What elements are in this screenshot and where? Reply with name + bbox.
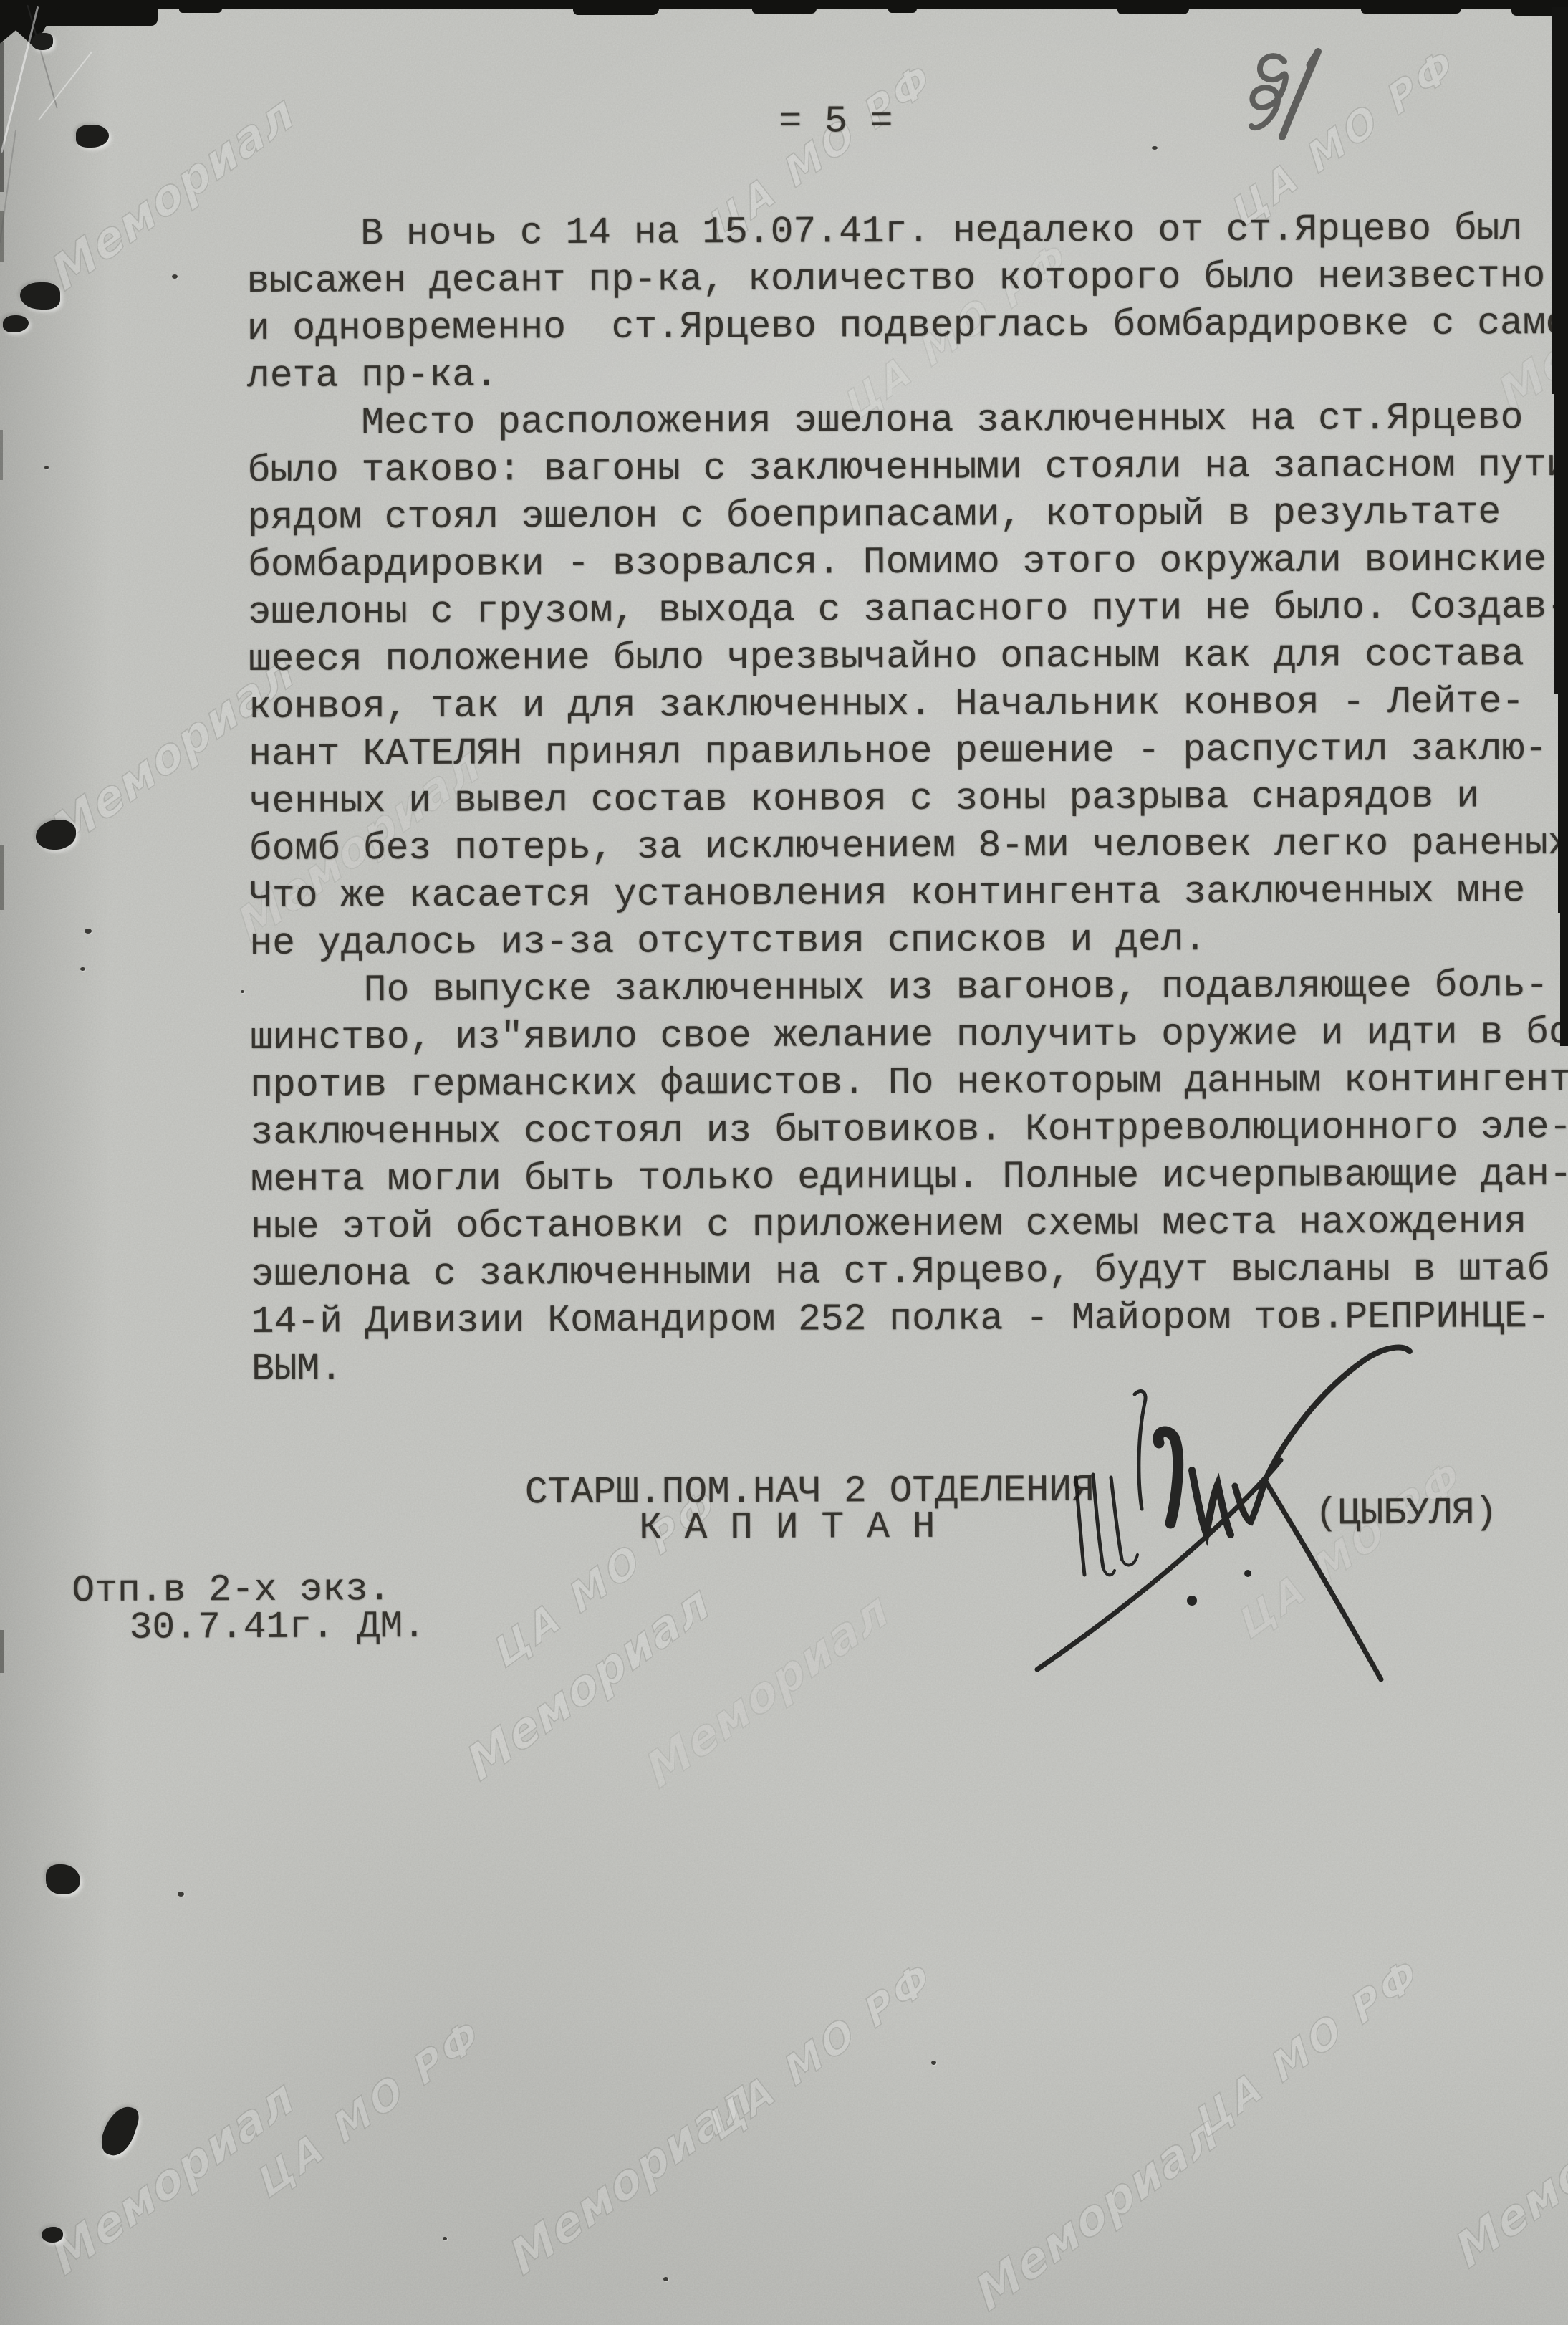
document-text-line: ные этой обстановки с приложением схемы … — [251, 1198, 1568, 1251]
paper-speck — [172, 274, 178, 279]
paper-speck — [1152, 146, 1158, 150]
paper-speck — [44, 466, 49, 469]
signature-rank-line: К А П И Т А Н — [639, 1503, 935, 1552]
document-text-line: Место расположения эшелона заключенных н… — [247, 394, 1568, 447]
document-text-line: По выпуске заключенных из вагонов, подав… — [250, 962, 1568, 1015]
document-text-line: против германских фашистов. По некоторым… — [250, 1056, 1568, 1109]
document-text-line: рядом стоял эшелон с боеприпасами, котор… — [248, 489, 1568, 542]
document-text-line: лета пр-ка. — [247, 347, 1568, 400]
document-text-line: бомб без потерь, за исключением 8-ми чел… — [249, 820, 1568, 873]
document-text-line: эшелоны с грузом, выхода с запасного пут… — [248, 583, 1568, 636]
document-text-line: эшелона с заключенными на ст.Ярцево, буд… — [251, 1245, 1568, 1298]
punch-hole — [20, 282, 60, 310]
document-text-line: бомбардировки - взорвался. Помимо этого … — [248, 536, 1568, 589]
paper-speck — [178, 1892, 184, 1897]
document-text-line: шееся положение было чрезвычайно опасным… — [249, 631, 1568, 684]
paper-speck — [80, 967, 85, 971]
document-body-text: В ночь с 14 на 15.07.41г. недалеко от ст… — [246, 205, 1568, 1393]
document-text-line: высажен десант пр-ка, количество которог… — [246, 252, 1568, 305]
paper-speck — [443, 2237, 447, 2240]
paper-speck — [663, 2277, 668, 2281]
typed-content-layer: = 5 = В ночь с 14 на 15.07.41г. недалеко… — [0, 0, 1568, 2325]
document-text-line: мента могли быть только единицы. Полные … — [251, 1151, 1568, 1204]
signature-name: (ЦЫБУЛЯ) — [1315, 1489, 1498, 1537]
document-text-line: и одновременно ст.Ярцево подверглась бом… — [247, 299, 1568, 353]
typed-page-number: = 5 = — [779, 97, 893, 145]
document-text-line: шинство, из"явило свое желание получить … — [250, 1009, 1568, 1062]
scanned-document-page: ЦА МО РФ ЦА МО РФ Мемориал Мемориал Мемо… — [0, 0, 1568, 2325]
punch-hole — [42, 2227, 63, 2243]
document-text-line: ВЫМ. — [251, 1340, 1568, 1393]
paper-speck — [85, 929, 92, 934]
document-text-line: 14-й Дивизии Командиром 252 полка - Майо… — [251, 1293, 1568, 1346]
document-text-line: было таково: вагоны с заключенными стоял… — [247, 441, 1568, 494]
document-text-line: Что же касается установления контингента… — [249, 867, 1568, 920]
paper-speck — [931, 2061, 936, 2065]
document-text-line: конвоя, так и для заключенных. Начальник… — [249, 678, 1568, 731]
document-text-line: ченных и вывел состав конвоя с зоны разр… — [249, 772, 1568, 825]
punch-hole — [32, 33, 53, 50]
document-text-line: не удалось из-за отсутствия списков и де… — [249, 914, 1568, 967]
punch-hole — [46, 1864, 80, 1894]
paper-speck — [241, 990, 244, 993]
document-text-line: нант КАТЕЛЯН принял правильное решение -… — [249, 725, 1568, 778]
document-text-line: заключенных состоял из бытовиков. Контрр… — [250, 1103, 1568, 1156]
footer-date-note: 30.7.41г. ДМ. — [129, 1603, 425, 1652]
document-text-line: В ночь с 14 на 15.07.41г. недалеко от ст… — [246, 205, 1568, 258]
